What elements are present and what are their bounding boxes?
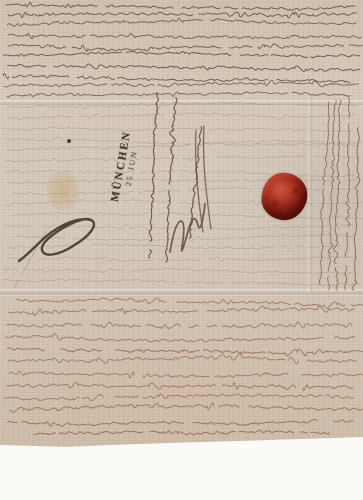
letter-scan: MÜNCHEN 25 JUN [0, 0, 363, 500]
letter-paper: MÜNCHEN 25 JUN [0, 0, 363, 450]
postal-rate-mark [14, 214, 106, 272]
seal-blotch [266, 196, 283, 212]
seal-blotch [288, 184, 303, 198]
